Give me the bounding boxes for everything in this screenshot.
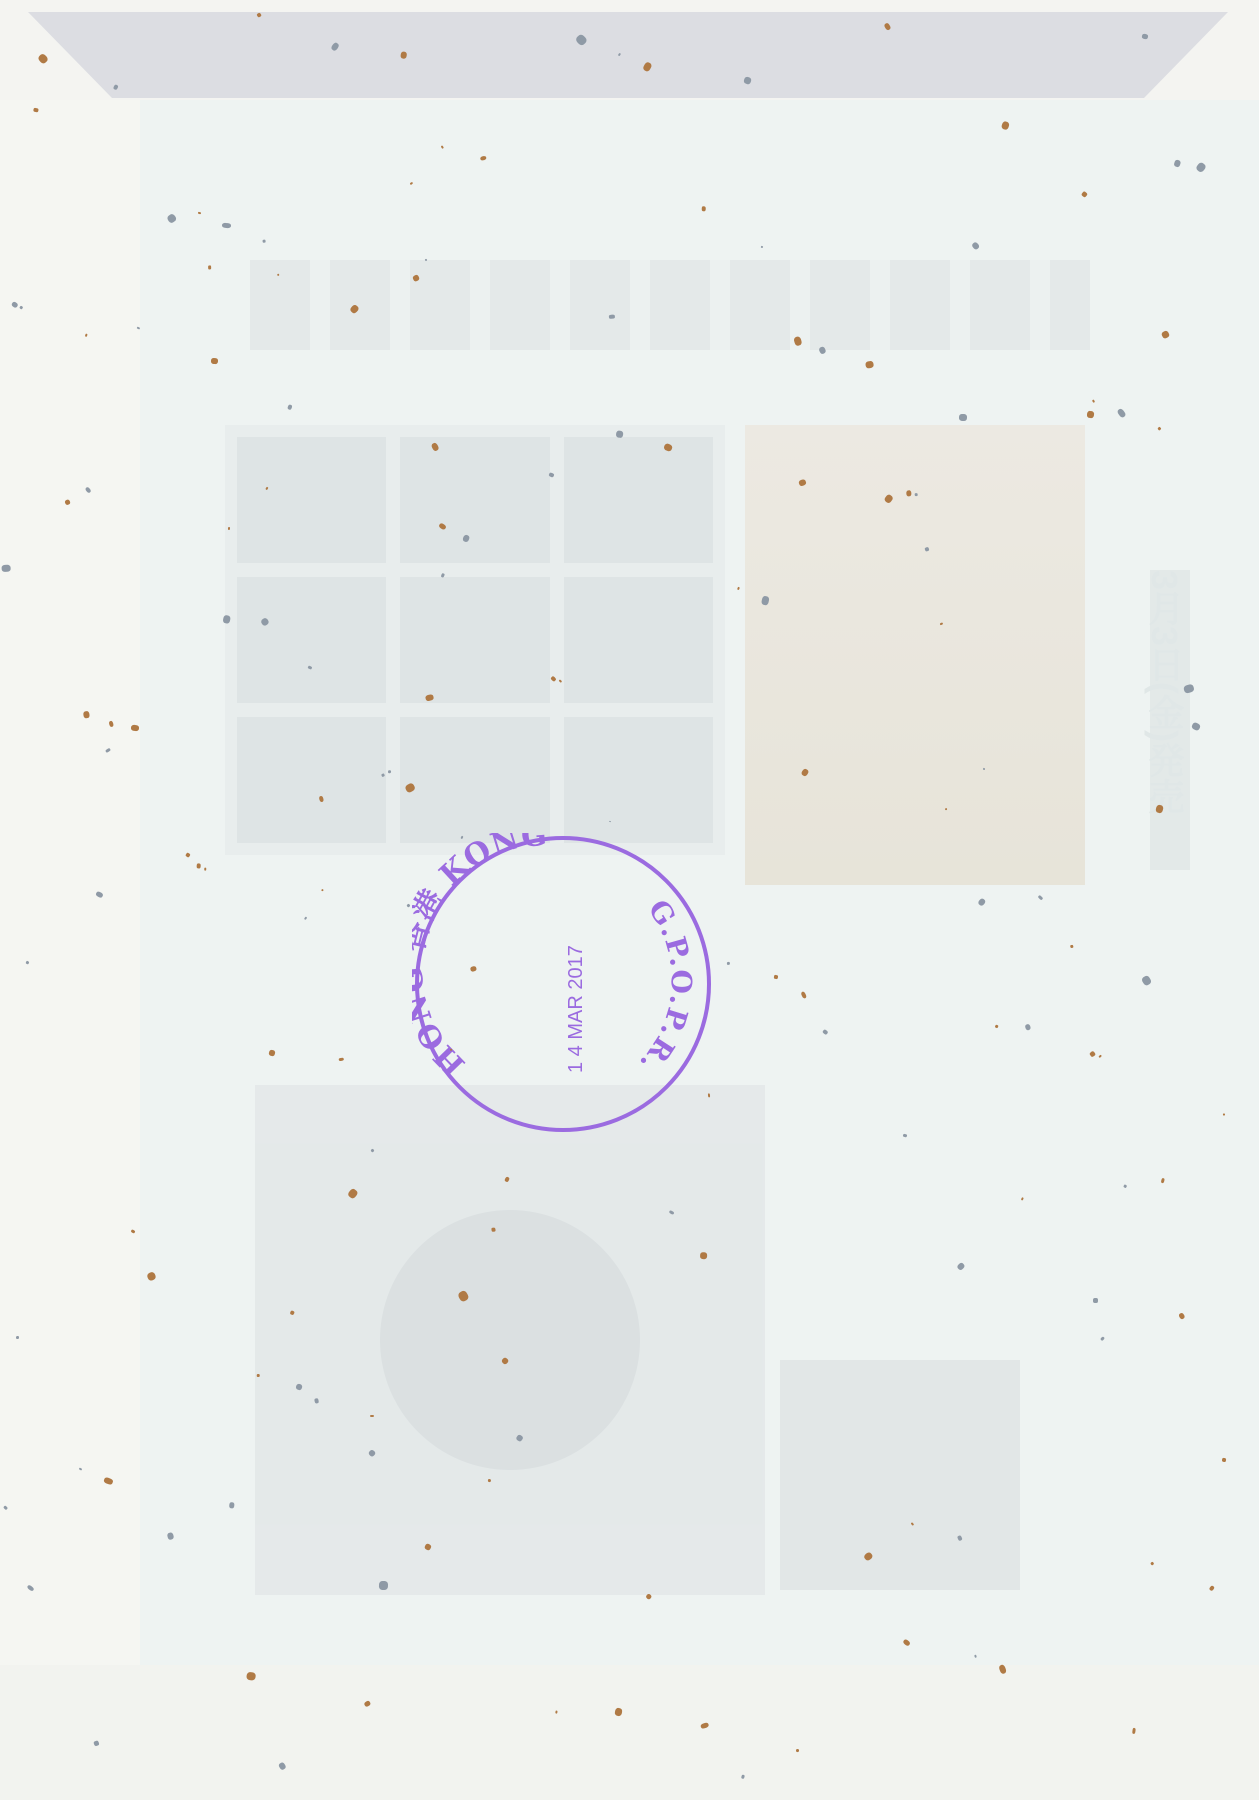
show-through-stamp-grid: [225, 425, 725, 855]
svg-text:G.P.O.P.R.: G.P.O.P.R.: [632, 894, 698, 1081]
svg-text:HONG 香港 KONG: HONG 香港 KONG: [412, 833, 549, 1082]
envelope-left-flap: [0, 100, 140, 1665]
postmark: HONG 香港 KONG G.P.O.P.R. 1 4 MAR 2017: [412, 833, 714, 1135]
show-through-stamp-wheel: [255, 1085, 765, 1595]
top-flap-shadow: [28, 12, 1228, 98]
postmark-date: 1 4 MAR 2017: [565, 945, 587, 1073]
show-through-small-block: [780, 1360, 1020, 1590]
postmark-top-text: HONG 香港 KONG: [412, 833, 549, 1082]
envelope-bottom-flap: [0, 1665, 1259, 1800]
postmark-bottom-text: G.P.O.P.R.: [632, 894, 698, 1081]
envelope-top-flap: [0, 0, 1259, 100]
show-through-vertical-text: 3月3日(金)発売: [1150, 570, 1190, 870]
show-through-header: [250, 260, 1090, 350]
